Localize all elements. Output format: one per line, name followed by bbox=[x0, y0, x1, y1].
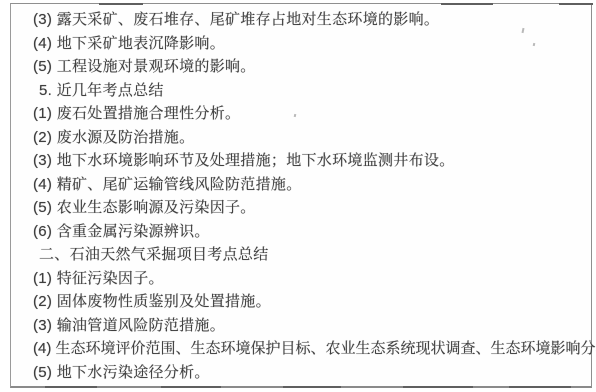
document-heading-line: 5. 近几年考点总结 bbox=[33, 79, 591, 103]
scan-artifact bbox=[509, 386, 571, 388]
scan-artifact bbox=[559, 3, 593, 5]
scan-artifact bbox=[403, 386, 473, 388]
document-line: (5) 工程设施对景观环境的影响。 bbox=[33, 55, 591, 79]
document-heading-line: 二、石油天然气采掘项目考点总结 bbox=[33, 243, 591, 267]
document-line: (1) 特征污染因子。 bbox=[33, 267, 591, 291]
document-content: (3) 露天采矿、废石堆存、尾矿堆存占地对生态环境的影响。 (4) 地下采矿地表… bbox=[11, 8, 591, 384]
document-line: (5) 地下水污染途径分析。 bbox=[33, 361, 591, 385]
document-line: (1) 废石处置措施合理性分析。 bbox=[33, 102, 591, 126]
document-line: (3) 露天采矿、废石堆存、尾矿堆存占地对生态环境的影响。 bbox=[33, 8, 591, 32]
document-line: (3) 地下水环境影响环节及处理措施；地下水环境监测井布设。 bbox=[33, 149, 591, 173]
scan-artifact bbox=[161, 386, 221, 388]
document-line: (6) 含重金属污染源辨识。 bbox=[33, 220, 591, 244]
scan-artifact bbox=[45, 386, 97, 388]
scan-artifact bbox=[99, 3, 143, 5]
scan-artifact bbox=[441, 3, 493, 5]
scan-artifact bbox=[283, 386, 341, 388]
document-page: (3) 露天采矿、废石堆存、尾矿堆存占地对生态环境的影响。 (4) 地下采矿地表… bbox=[10, 3, 592, 388]
document-line: (2) 废水源及防治措施。 bbox=[33, 126, 591, 150]
document-line: (4) 生态环境评价范围、生态环境保护目标、农业生态系统现状调查、生态环境影响分… bbox=[33, 337, 591, 361]
document-line: (3) 输油管道风险防范措施。 bbox=[33, 314, 591, 338]
document-line: (5) 农业生态影响源及污染因子。 bbox=[33, 196, 591, 220]
document-line: (4) 精矿、尾矿运输管线风险防范措施。 bbox=[33, 173, 591, 197]
document-line: (2) 固体废物性质鉴别及处置措施。 bbox=[33, 290, 591, 314]
document-line: (4) 地下采矿地表沉降影响。 bbox=[33, 32, 591, 56]
